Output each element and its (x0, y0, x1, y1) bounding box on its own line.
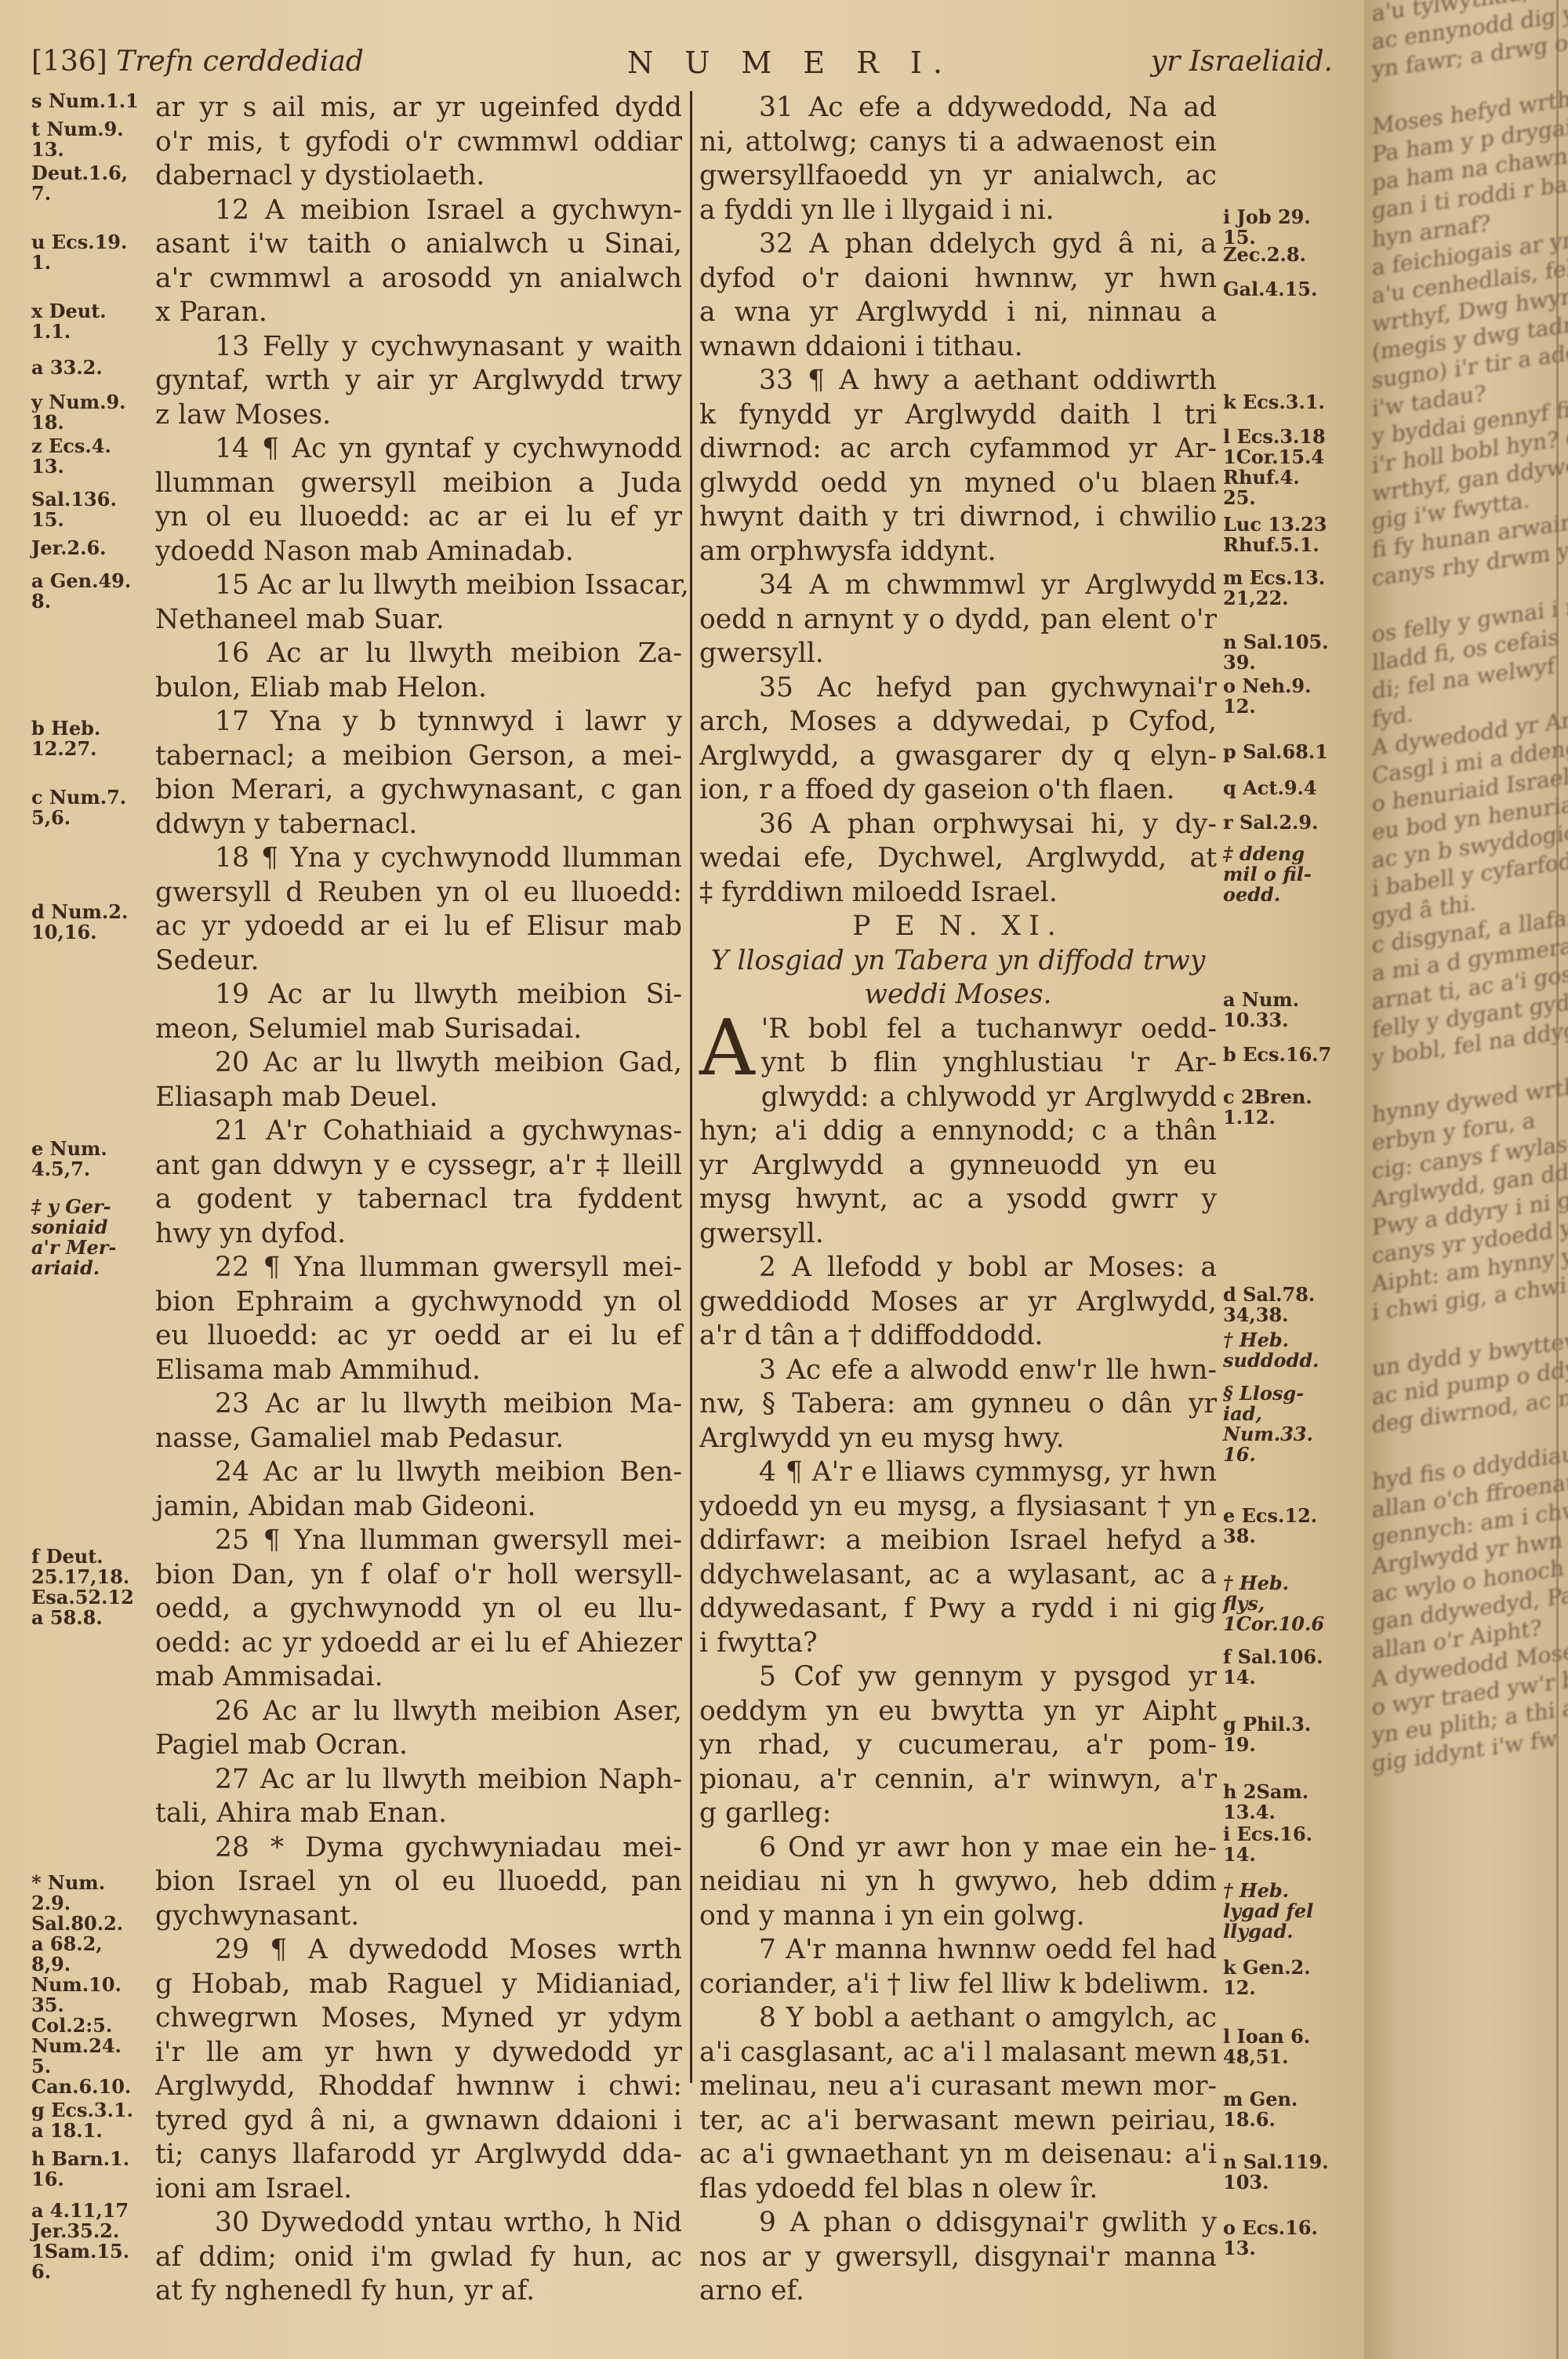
text-line: mab Ammisadai. (155, 1660, 682, 1695)
text-line: tabernacl; a meibion Gerson, a mei- (155, 740, 682, 774)
text-line: meon, Selumiel mab Surisadai. (155, 1012, 682, 1047)
margin-note: a 33.2. (31, 358, 103, 378)
text-line: 12 A meibion Israel a gychwyn- (155, 194, 682, 228)
margin-note: f Sal.106. 14. (1223, 1647, 1323, 1688)
text-line: gwersyll. (699, 1217, 1217, 1252)
text-line: yr Arglwydd a gynneuodd yn eu (699, 1149, 1217, 1183)
text-line: Arglwydd, a gwasgarer dy q elyn- (699, 740, 1217, 774)
text-line: yn rhad, y cucumerau, a'r pom- (699, 1728, 1217, 1763)
text-line: ni, attolwg; canys ti a adwaenost ein (699, 125, 1217, 160)
margin-note: n Sal.105. 39. (1223, 632, 1329, 673)
header-left: [136] Trefn cerddediad (31, 45, 364, 78)
text-line: 15 Ac ar lu llwyth meibion Issacar, (155, 569, 682, 603)
text-line: a wna yr Arglwydd i ni, ninnau a (699, 296, 1217, 330)
text-line: 20 Ac ar lu llwyth meibion Gad, (155, 1046, 682, 1081)
text-line: 36 A phan orphwysai hi, y dy- (699, 808, 1217, 842)
text-line: gyntaf, wrth y air yr Arglwydd trwy (155, 364, 682, 398)
text-line: ddychwelasant, ac a wylasant, ac a (699, 1558, 1217, 1593)
text-line: 26 Ac ar lu llwyth meibion Aser, (155, 1695, 682, 1729)
left-text-column: ar yr s ail mis, ar yr ugeinfed dyddo'r … (155, 91, 682, 2309)
chapter-10-end: 31 Ac efe a ddywedodd, Na adni, attolwg;… (699, 91, 1217, 910)
margin-note: k Ecs.3.1. (1223, 392, 1325, 413)
text-line: Eliasaph mab Deuel. (155, 1081, 682, 1115)
running-header: [136] Trefn cerddediad N U M E R I. yr I… (31, 45, 1333, 85)
text-line: af ddim; onid i'm gwlad fy hun, ac (155, 2241, 682, 2275)
text-line: bulon, Eliab mab Helon. (155, 671, 682, 706)
text-line: ter, ac a'i berwasant mewn peiriau, (699, 2104, 1217, 2139)
margin-note: g Ecs.3.1. a 18.1. (31, 2100, 133, 2141)
text-line: diwrnod: ac arch cyfammod yr Ar- (699, 432, 1217, 467)
text-line: flas ydoedd fel blas n olew îr. (699, 2172, 1217, 2207)
text-line: 4 ¶ A'r e lliaws cymmysg, yr hwn (699, 1456, 1217, 1490)
margin-note: b Heb. 12.27. (31, 718, 100, 759)
text-line: 16 Ac ar lu llwyth meibion Za- (155, 637, 682, 671)
margin-note: Sal.136. 15. (31, 489, 117, 530)
text-line: melinau, neu a'i curasant mewn mor- (699, 2070, 1217, 2104)
margin-note: e Num. 4.5,7. (31, 1139, 107, 1179)
margin-note: y Num.9. 18. (31, 392, 126, 433)
margin-note: h Barn.1. 16. (31, 2149, 129, 2190)
text-line: glwydd oedd yn myned o'u blaen (699, 467, 1217, 501)
margin-note: Luc 13.23 Rhuf.5.1. (1223, 514, 1327, 555)
text-line: oedd: ac yr ydoedd ar ei lu ef Ahiezer (155, 1627, 682, 1661)
text-line: bion Merari, a gychwynasant, c gan (155, 773, 682, 808)
margin-note: n Sal.119. 103. (1223, 2152, 1329, 2193)
text-line: 31 Ac efe a ddywedodd, Na ad (699, 91, 1217, 125)
margin-note: l Ioan 6. 48,51. (1223, 2026, 1310, 2067)
text-line: ant gan ddwyn y e cyssegr, a'r ‡ lleill (155, 1149, 682, 1183)
text-line: 23 Ac ar lu llwyth meibion Ma- (155, 1387, 682, 1422)
margin-note: i Ecs.16. 14. (1223, 1824, 1312, 1865)
margin-note: e Ecs.12. 38. (1223, 1506, 1317, 1547)
text-line: 13 Felly y cychwynasant y waith (155, 330, 682, 365)
text-line: ddirfawr: a meibion Israel hefyd a (699, 1524, 1217, 1558)
text-line: tali, Ahira mab Enan. (155, 1797, 682, 1831)
text-line: glwydd: a chlywodd yr Arglwydd (699, 1081, 1217, 1115)
text-line: bion Ephraim a gychwynodd yn ol (155, 1285, 682, 1320)
text-line: ioni am Israel. (155, 2172, 682, 2207)
text-line: tyred gyd â ni, a gwnawn ddaioni i (155, 2104, 682, 2139)
margin-note: Deut.1.6, 7. (31, 163, 128, 204)
text-line: ddywedasant, f Pwy a rydd i ni gig (699, 1592, 1217, 1627)
text-line: Elisama mab Ammihud. (155, 1354, 682, 1388)
text-line: 25 ¶ Yna llumman gwersyll mei- (155, 1524, 682, 1558)
text-line: gweddiodd Moses ar yr Arglwydd, (699, 1285, 1217, 1320)
text-line: ‡ fyrddiwn miloedd Israel. (699, 876, 1217, 911)
text-line: Sedeur. (155, 944, 682, 979)
text-line: 8 Y bobl a aethant o amgylch, ac (699, 2001, 1217, 2036)
text-line: 3 Ac efe a alwodd enw'r lle hwn- (699, 1354, 1217, 1388)
running-title-left: Trefn cerddediad (116, 45, 364, 78)
margin-note: Zec.2.8. (1223, 245, 1306, 265)
margin-note: q Act.9.4 (1223, 778, 1317, 798)
text-line: 9 A phan o ddisgynai'r gwlith y (699, 2206, 1217, 2241)
margin-note: † Heb. flys, 1Cor.10.6 (1223, 1573, 1324, 1634)
text-line: mysg hwynt, ac a ysodd gwrr y (699, 1183, 1217, 1217)
margin-note: § Llosg- iad, Num.33. 16. (1223, 1383, 1313, 1465)
margin-note: x Deut. 1.1. (31, 301, 107, 342)
text-line: ti; canys llafarodd yr Arglwydd dda- (155, 2138, 682, 2172)
text-line: asant i'w taith o anialwch u Sinai, (155, 227, 682, 262)
text-line: 18 ¶ Yna y cychwynodd llumman (155, 841, 682, 876)
margin-note: i Job 29. 15. (1223, 207, 1311, 248)
chapter-summary-line-2: weddi Moses. (699, 978, 1217, 1012)
text-line: ac a'i gwnaethant yn m deisenau: a'i (699, 2138, 1217, 2172)
text-line: 'R bobl fel a tuchanwyr oedd- (699, 1012, 1217, 1047)
page-number: [136] (31, 45, 107, 78)
margin-note: Gal.4.15. (1223, 279, 1317, 300)
text-line: k fynydd yr Arglwydd daith l tri (699, 398, 1217, 433)
column-divider (690, 91, 692, 2083)
text-line: o'r mis, t gyfodi o'r cwmmwl oddiar (155, 125, 682, 160)
book-page: [136] Trefn cerddediad N U M E R I. yr I… (0, 0, 1364, 2359)
text-line: coriander, a'i † liw fel lliw k bdeliwm. (699, 1968, 1217, 2002)
chapter-opening: A 'R bobl fel a tuchanwyr oedd- ynt b fl… (699, 1012, 1217, 1081)
text-line: dyfod o'r daioni hwnnw, yr hwn (699, 262, 1217, 296)
margin-note: d Sal.78. 34,38. (1223, 1285, 1315, 1325)
text-line: gwersyll. (699, 637, 1217, 671)
text-line: nos ar y gwersyll, disgynai'r manna (699, 2241, 1217, 2275)
chapter-summary-line-1: Y llosgiad yn Tabera yn diffodd trwy (699, 944, 1217, 979)
text-line: ydoedd Nason mab Aminadab. (155, 535, 682, 569)
margin-note: † Heb. lygad fel llygad. (1223, 1881, 1313, 1942)
text-line: 34 A m chwmmwl yr Arglwydd (699, 569, 1217, 603)
text-line: 35 Ac hefyd pan gychwynai'r (699, 671, 1217, 706)
margin-note: r Sal.2.9. (1223, 812, 1318, 833)
text-line: 6 Ond yr awr hon y mae ein he- (699, 1831, 1217, 1866)
margin-note: h 2Sam. 13.4. (1223, 1782, 1308, 1823)
text-line: a'i casglasant, ac a'i l malasant mewn (699, 2036, 1217, 2070)
text-line: yn ol eu lluoedd: ac ar ei lu ef yr (155, 500, 682, 535)
margin-note: z Ecs.4. 13. (31, 436, 111, 477)
text-line: i fwytta? (699, 1627, 1217, 1661)
adjacent-page-curl: a'u tylwythau, aac ennynodd dig yryn faw… (1364, 0, 1568, 2359)
text-line: arno ef. (699, 2274, 1217, 2309)
text-line: llumman gwersyll meibion a Juda (155, 467, 682, 501)
text-line: Arglwydd yn eu mysg hwy. (699, 1422, 1217, 1456)
adjacent-page-divider (1556, 0, 1559, 2359)
margin-note: m Gen. 18.6. (1223, 2089, 1298, 2130)
text-line: 22 ¶ Yna llumman gwersyll mei- (155, 1251, 682, 1285)
text-line: a'r cwmmwl a arosodd yn anialwch (155, 262, 682, 296)
text-line: a godent y tabernacl tra fyddent (155, 1183, 682, 1217)
text-line: ar yr s ail mis, ar yr ugeinfed dydd (155, 91, 682, 125)
margin-note: * Num. 2.9. Sal.80.2. a 68.2, 8,9. Num.1… (31, 1873, 131, 2097)
text-line: jamin, Abidan mab Gideoni. (155, 1490, 682, 1525)
text-line: 29 ¶ A dywedodd Moses wrth (155, 1933, 682, 1968)
text-line: ion, r a ffoed dy gaseion o'th flaen. (699, 773, 1217, 808)
running-title-right: yr Israeliaid. (1151, 45, 1333, 78)
text-line: ond y manna i yn ein golwg. (699, 1899, 1217, 1934)
text-line: i'r lle am yr hwn y dywedodd yr (155, 2036, 682, 2070)
text-line: gwersyll d Reuben yn ol eu lluoedd: (155, 876, 682, 911)
drop-cap: A (699, 1016, 755, 1081)
margin-note: l Ecs.3.18 1Cor.15.4 Rhuf.4. 25. (1223, 427, 1326, 508)
text-line: 5 Cof yw gennym y pysgod yr (699, 1660, 1217, 1695)
text-line: ddwyn y tabernacl. (155, 808, 682, 842)
text-line: 24 Ac ar lu llwyth meibion Ben- (155, 1456, 682, 1490)
margin-note: o Ecs.16. 13. (1223, 2218, 1318, 2259)
text-line: nasse, Gamaliel mab Pedasur. (155, 1422, 682, 1456)
text-line: chwegrwn Moses, Myned yr ydym (155, 2001, 682, 2036)
text-line: oeddym yn eu bwytta yn yr Aipht (699, 1695, 1217, 1729)
margin-note: c Num.7. 5,6. (31, 787, 126, 828)
text-line: Nethaneel mab Suar. (155, 603, 682, 638)
text-line: eu lluoedd: ac yr oedd ar ei lu ef (155, 1319, 682, 1354)
margin-note: s Num.1.1 (31, 91, 139, 111)
text-line: ydoedd yn eu mysg, a flysiasant † yn (699, 1490, 1217, 1525)
text-line: a fyddi yn lle i llygaid i ni. (699, 194, 1217, 228)
text-line: bion Israel yn ol eu lluoedd, pan (155, 1865, 682, 1899)
chapter-heading: P E N. XI. (699, 910, 1217, 944)
text-line: hwynt daith y tri diwrnod, i chwilio (699, 500, 1217, 535)
text-line: 17 Yna y b tynnwyd i lawr y (155, 705, 682, 740)
margin-note: † Heb. suddodd. (1223, 1330, 1319, 1371)
text-line: hwy yn dyfod. (155, 1217, 682, 1252)
book-title: N U M E R I. (627, 45, 953, 80)
margin-note: c 2Bren. 1.12. (1223, 1087, 1312, 1128)
text-line: oedd n arnynt y o dydd, pan elent o'r (699, 603, 1217, 638)
text-line: a'r d tân a † ddiffoddodd. (699, 1319, 1217, 1354)
text-line: bion Dan, yn f olaf o'r holl wersyll- (155, 1558, 682, 1593)
chapter-11-text: glwydd: a chlywodd yr Arglwyddhyn; a'i d… (699, 1081, 1217, 2309)
margin-note: a 4.11,17 Jer.35.2. 1Sam.15. 6. (31, 2201, 129, 2282)
margin-note: Jer.2.6. (31, 538, 107, 558)
text-line: x Paran. (155, 296, 682, 330)
text-line: ac yr ydoedd ar ei lu ef Elisur mab (155, 910, 682, 944)
margin-note: k Gen.2. 12. (1223, 1957, 1311, 1998)
text-line: neidiau ni yn h gwywo, heb ddim (699, 1865, 1217, 1899)
text-line: ynt b flin ynghlustiau 'r Ar- (699, 1046, 1217, 1081)
text-line: gwersyllfaoedd yn yr anialwch, ac (699, 159, 1217, 194)
text-line: g Hobab, mab Raguel y Midianiad, (155, 1968, 682, 2002)
text-line: gychwynasant. (155, 1899, 682, 1934)
text-line: 32 A phan ddelych gyd â ni, a (699, 227, 1217, 262)
text-line: wedai efe, Dychwel, Arglwydd, at (699, 841, 1217, 876)
margin-note: u Ecs.19. 1. (31, 232, 127, 273)
text-line: 30 Dywedodd yntau wrtho, h Nid (155, 2206, 682, 2241)
margin-note: g Phil.3. 19. (1223, 1714, 1311, 1755)
text-line: 14 ¶ Ac yn gyntaf y cychwynodd (155, 432, 682, 467)
text-line: Arglwydd, Rhoddaf hwnnw i chwi: (155, 2070, 682, 2104)
text-line: am orphwysfa iddynt. (699, 535, 1217, 569)
margin-note: ‡ ddeng mil o fil- oedd. (1223, 844, 1312, 905)
text-line: at fy nghenedl fy hun, yr af. (155, 2274, 682, 2309)
text-line: wnawn ddaioni i tithau. (699, 330, 1217, 365)
text-line: hyn; a'i ddig a ennynodd; c a thân (699, 1114, 1217, 1149)
margin-note: m Ecs.13. 21,22. (1223, 568, 1325, 609)
margin-note: p Sal.68.1 (1223, 742, 1328, 762)
right-text-column: 31 Ac efe a ddywedodd, Na adni, attolwg;… (699, 91, 1217, 2309)
text-line: nw, § Tabera: am gynneu o dân yr (699, 1387, 1217, 1422)
text-line: arch, Moses a ddywedai, p Cyfod, (699, 705, 1217, 740)
text-line: oedd, a gychwynodd yn ol eu llu- (155, 1592, 682, 1627)
margin-note: ‡ y Ger- soniaid a'r Mer- ariaid. (31, 1197, 116, 1278)
adjacent-page-text: a'u tylwythau, aac ennynodd dig yryn faw… (1372, 0, 1557, 1779)
margin-note: o Neh.9. 12. (1223, 676, 1311, 717)
text-line: z law Moses. (155, 398, 682, 433)
text-line: 2 A llefodd y bobl ar Moses: a (699, 1251, 1217, 1285)
text-line: dabernacl y dystiolaeth. (155, 159, 682, 194)
text-line: g garlleg: (699, 1797, 1217, 1831)
text-line: 28 * Dyma gychwyniadau mei- (155, 1831, 682, 1866)
text-line: 33 ¶ A hwy a aethant oddiwrth (699, 364, 1217, 398)
margin-note: d Num.2. 10,16. (31, 902, 128, 943)
text-line: 19 Ac ar lu llwyth meibion Si- (155, 978, 682, 1012)
text-line: 27 Ac ar lu llwyth meibion Naph- (155, 1763, 682, 1797)
margin-note: f Deut. 25.17,18. Esa.52.12 a 58.8. (31, 1547, 134, 1628)
text-line: Pagiel mab Ocran. (155, 1728, 682, 1763)
text-line: 21 A'r Cohathiaid a gychwynas- (155, 1114, 682, 1149)
margin-note: t Num.9. 13. (31, 119, 124, 160)
text-line: 7 A'r manna hwnnw oedd fel had (699, 1933, 1217, 1968)
margin-note: b Ecs.16.7 (1223, 1045, 1331, 1065)
text-line: pionau, a'r cennin, a'r winwyn, a'r (699, 1763, 1217, 1797)
margin-note: a Gen.49. 8. (31, 571, 131, 612)
margin-note: a Num. 10.33. (1223, 990, 1299, 1030)
